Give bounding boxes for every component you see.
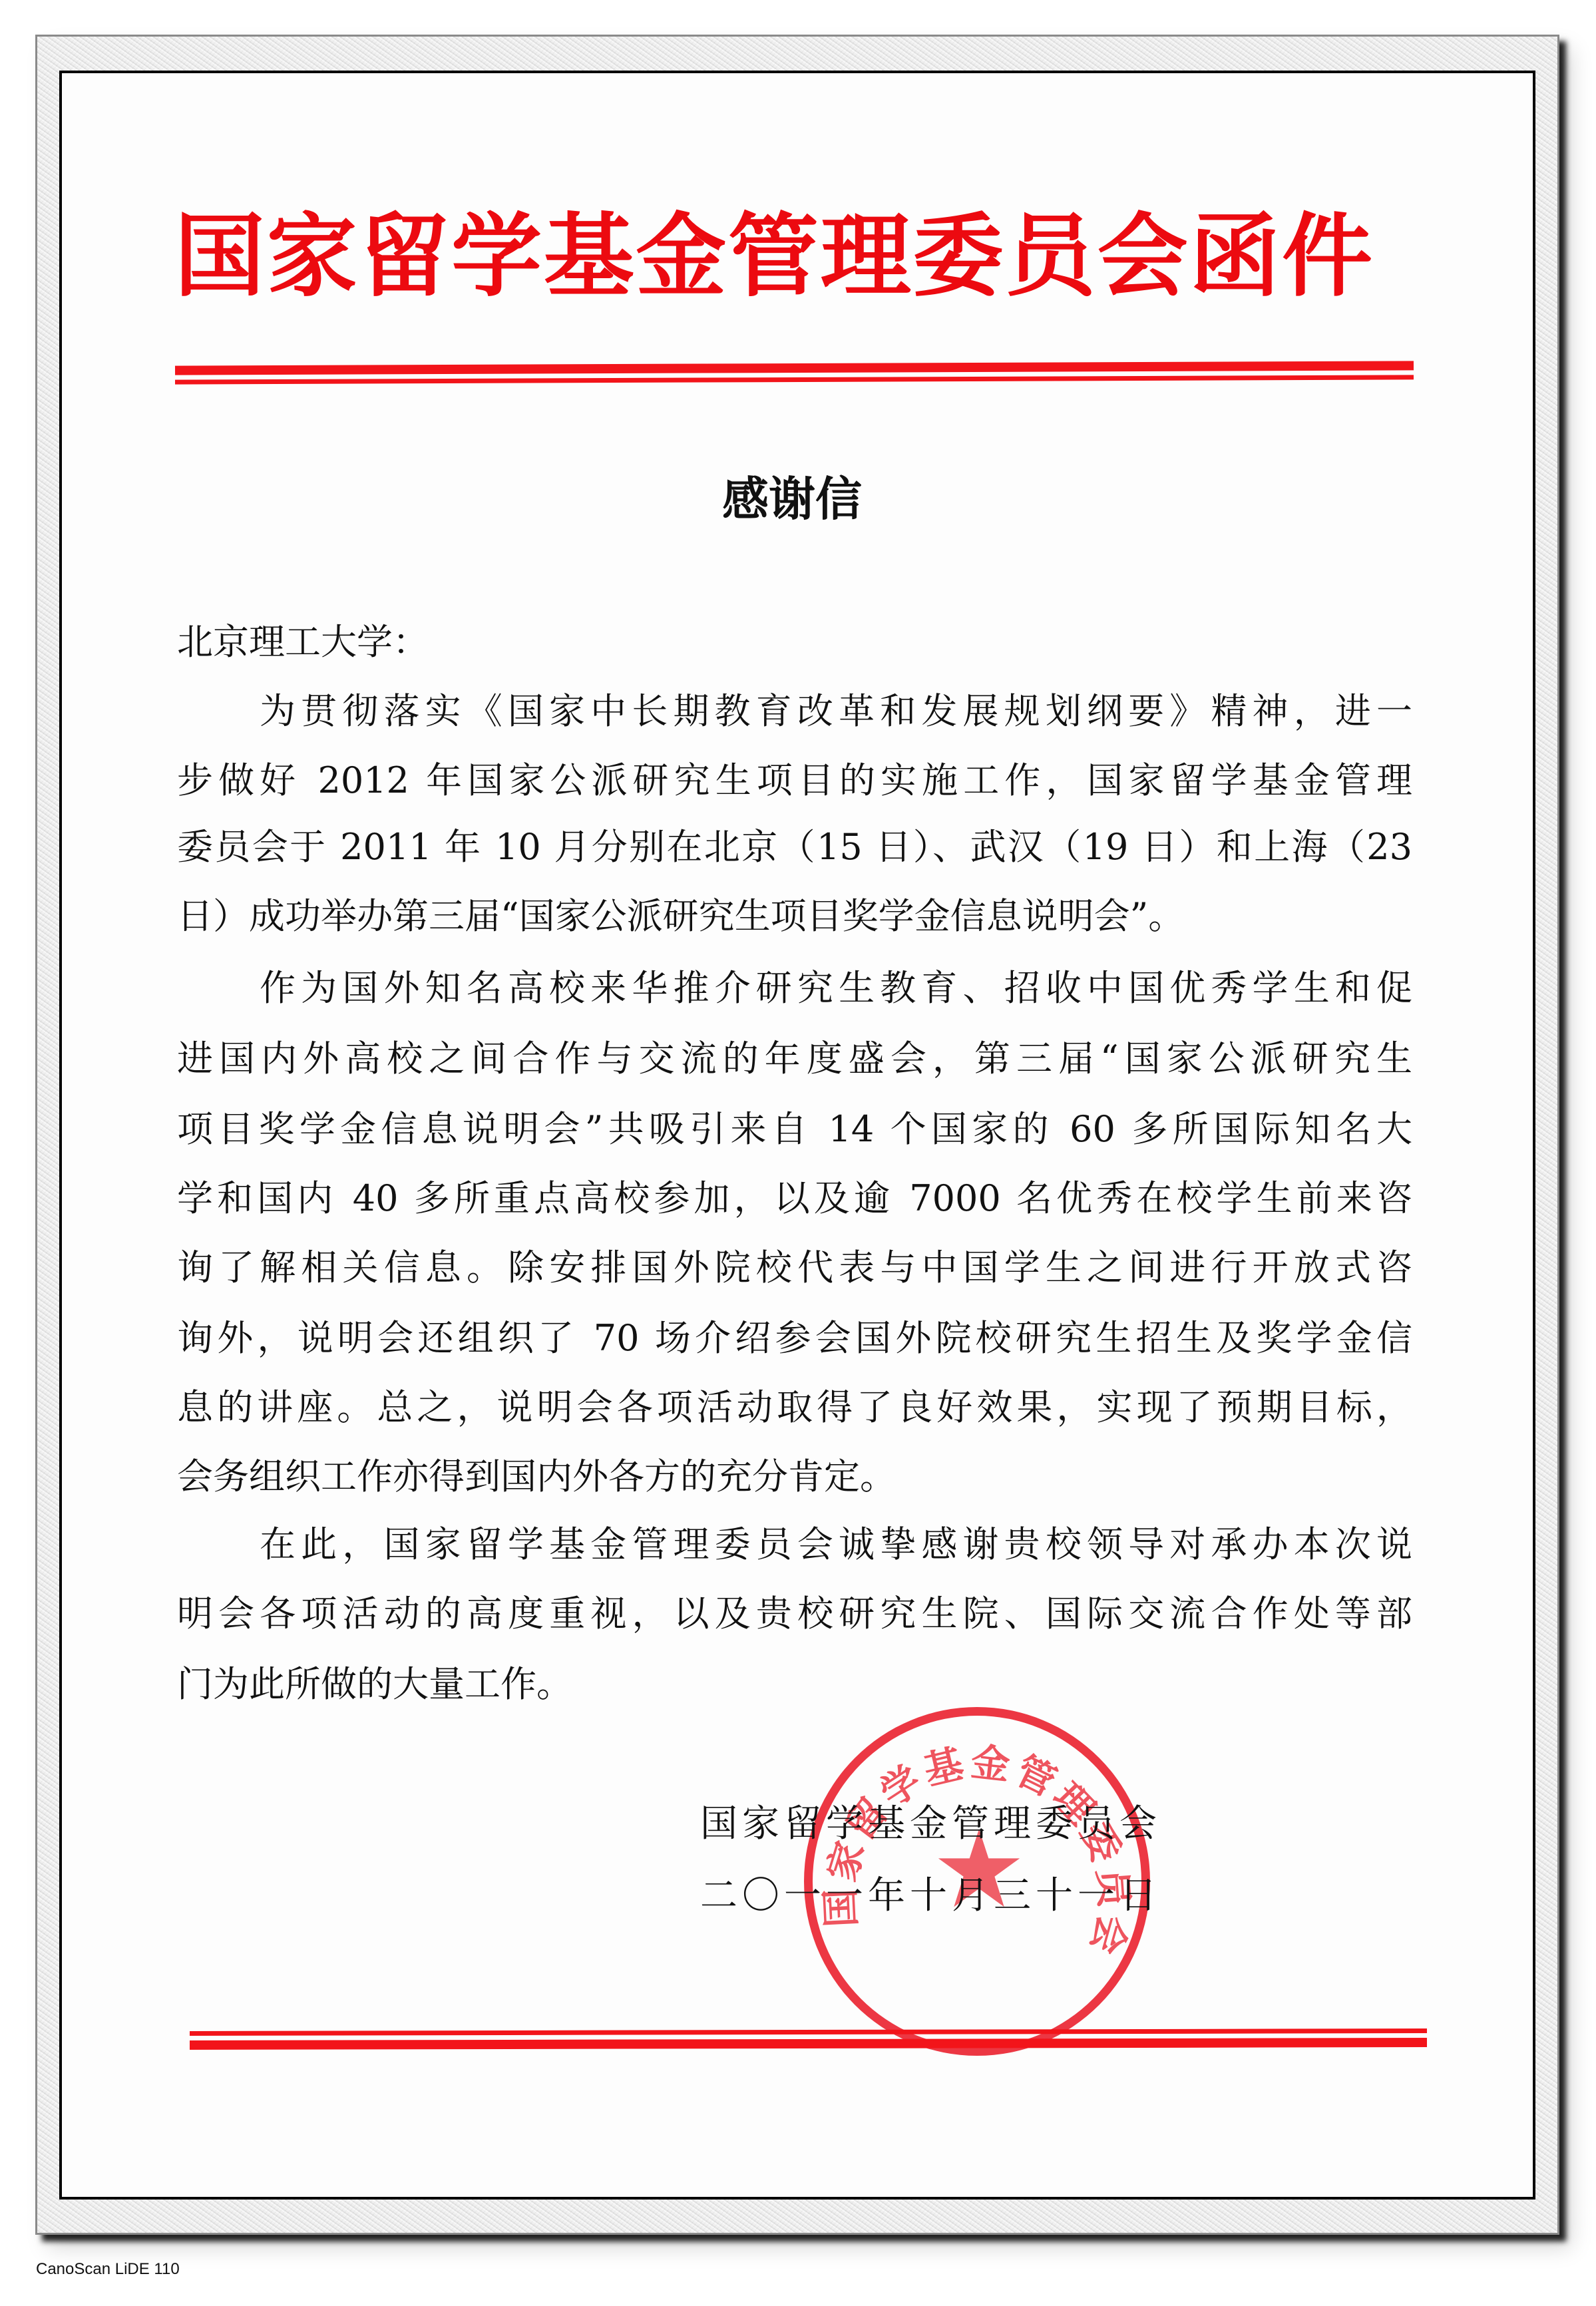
paragraph-line: 询了解相关信息。除安排国外院校代表与中国学生之间进行开放式咨 xyxy=(177,1246,1412,1290)
paragraph-line: 询外，说明会还组织了 70 场介绍参会国外院校研究生招生及奖学金信 xyxy=(177,1316,1412,1360)
paragraph-line: 步做好 2012 年国家公派研究生项目的实施工作，国家留学基金管理 xyxy=(177,759,1412,803)
paragraph-line: 日）成功举办第三届“国家公派研究生项目奖学金信息说明会”。 xyxy=(177,894,1412,938)
paragraph-line: 学和国内 40 多所重点高校参加，以及逾 7000 名优秀在校学生前来咨 xyxy=(177,1177,1412,1221)
scanner-caption: CanoScan LiDE 110 xyxy=(36,2260,180,2279)
paragraph-line: 进国内外高校之间合作与交流的年度盛会，第三届“国家公派研究生 xyxy=(177,1037,1412,1081)
paragraph-line: 在此，国家留学基金管理委员会诚挚感谢贵校领导对承办本次说 xyxy=(260,1523,1412,1567)
salutation: 北京理工大学： xyxy=(177,620,1412,664)
signature-date: 二〇一一年十月三十一日 xyxy=(700,1874,1157,1918)
signature-organization: 国家留学基金管理委员会 xyxy=(700,1802,1157,1846)
paragraph-line: 项目奖学金信息说明会”共吸引来自 14 个国家的 60 多所国际知名大 xyxy=(177,1107,1412,1151)
paragraph-line: 为贯彻落实《国家中长期教育改革和发展规划纲要》精神，进一 xyxy=(260,689,1412,733)
paragraph-line: 作为国外知名高校来华推介研究生教育、招收中国优秀学生和促 xyxy=(260,966,1412,1010)
paragraph-line: 会务组织工作亦得到国内外各方的充分肯定。 xyxy=(177,1455,1412,1499)
paragraph-line: 委员会于 2011 年 10 月分别在北京（15 日）、武汉（19 日）和上海（… xyxy=(177,825,1412,869)
paragraph-line: 门为此所做的大量工作。 xyxy=(177,1662,1412,1706)
paragraph-line: 息的讲座。总之，说明会各项活动取得了良好效果，实现了预期目标， xyxy=(177,1386,1412,1430)
letterhead-title: 国家留学基金管理委员会函件 xyxy=(174,200,1372,313)
document-title: 感谢信 xyxy=(692,469,892,529)
paragraph-line: 明会各项活动的高度重视，以及贵校研究生院、国际交流合作处等部 xyxy=(177,1592,1412,1636)
